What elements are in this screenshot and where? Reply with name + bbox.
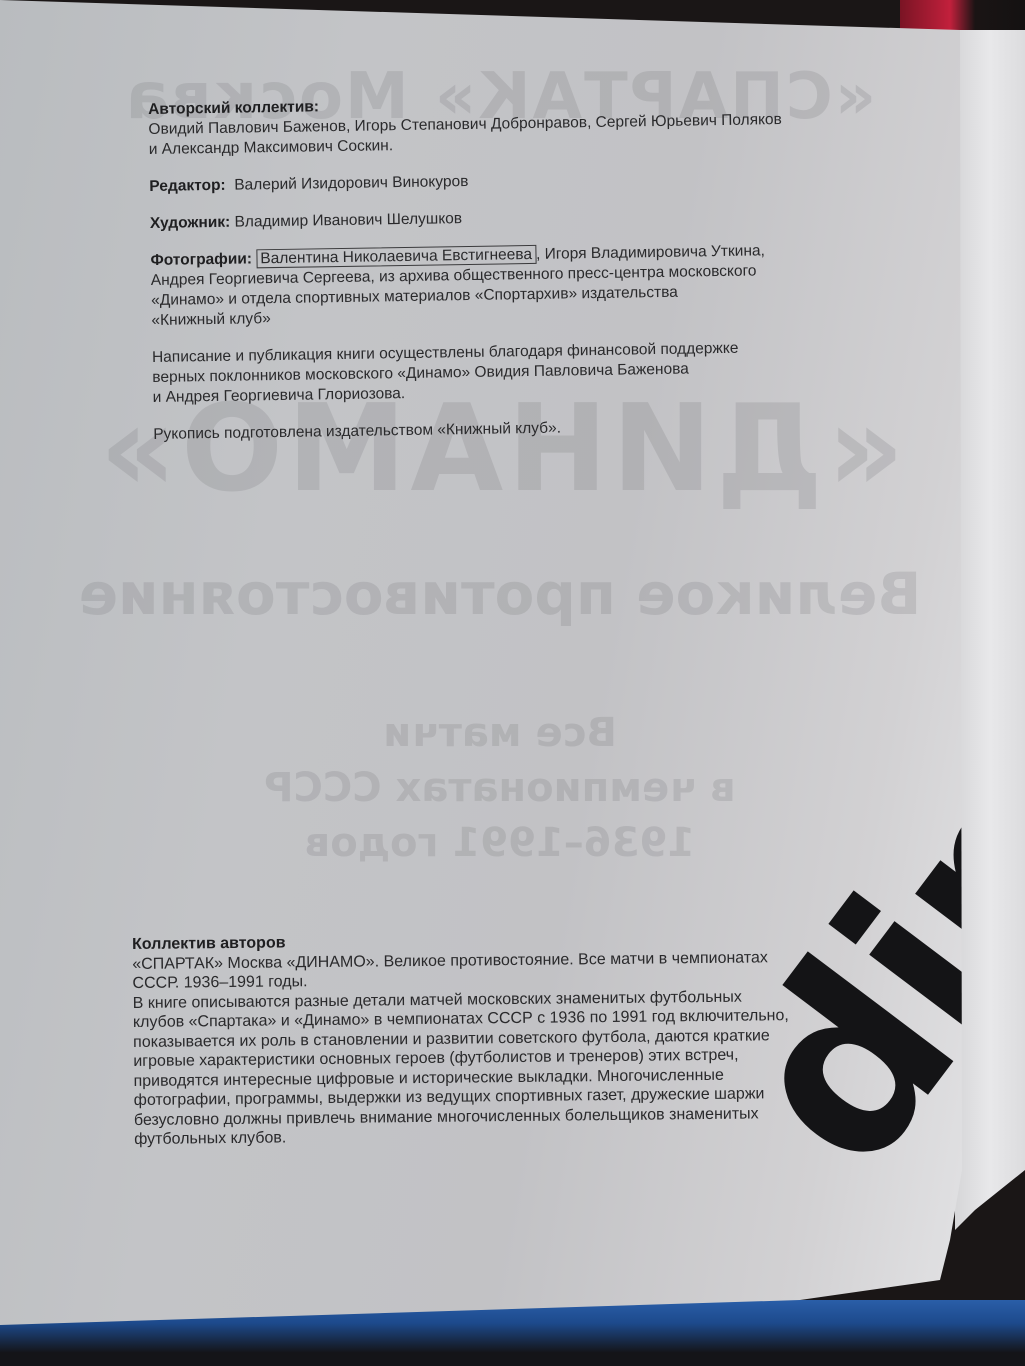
book-page: «СПАРТАК» Москва «ДИНАМО» Великое против…: [0, 0, 962, 1345]
photographer-highlighted: Валентина Николаевича Евстигнеева: [256, 245, 536, 268]
editor-name: Валерий Изидорович Винокуров: [234, 173, 468, 194]
photos-label: Фотографии:: [150, 250, 252, 269]
photos-text: «Книжный клуб»: [151, 310, 271, 329]
showthrough-text: Великое противостояние: [0, 560, 962, 628]
photos-block: Фотографии: Валентина Николаевича Евстиг…: [150, 240, 851, 331]
showthrough-text: Все матчи: [0, 710, 962, 756]
authors-label: Авторский коллектив:: [148, 98, 319, 118]
funding-text: и Андрея Георгиевича Глориозова.: [153, 385, 406, 406]
showthrough-text: в чемпионатах СССР: [0, 765, 962, 811]
editor-label: Редактор:: [149, 177, 226, 195]
authors-line: и Александр Максимович Соскин.: [149, 137, 394, 158]
authors-block: Авторский коллектив: Овидий Павлович Баж…: [148, 89, 849, 160]
credits-section: Авторский коллектив: Овидий Павлович Баж…: [148, 89, 854, 462]
editor-block: Редактор: Валерий Изидорович Винокуров: [149, 166, 849, 197]
funding-block: Написание и публикация книги осуществлен…: [152, 337, 853, 408]
adjacent-page: [955, 30, 1025, 1300]
showthrough-text: 1936–1991 годов: [0, 820, 962, 866]
artist-label: Художник:: [150, 214, 231, 232]
photos-text: , Игоря Владимировича Уткина,: [536, 242, 765, 263]
manuscript-note: Рукопись подготовлена издательством «Кни…: [153, 414, 853, 445]
artist-name: Владимир Иванович Шелушков: [234, 210, 462, 231]
artist-block: Художник: Владимир Иванович Шелушков: [150, 203, 850, 234]
